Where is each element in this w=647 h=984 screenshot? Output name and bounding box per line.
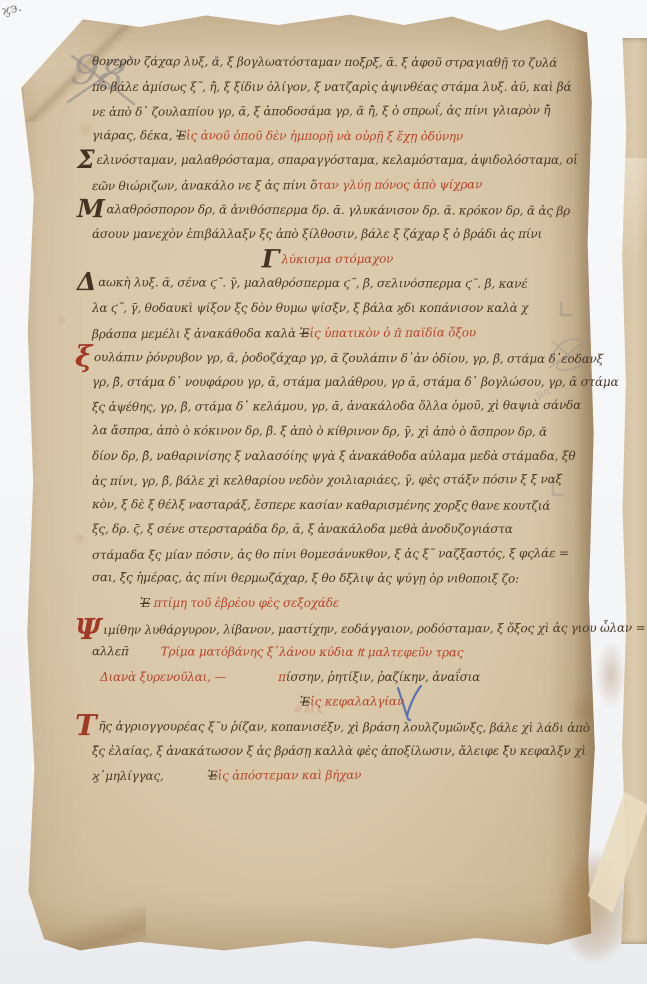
text-run: στάμαδα ξς μίαν πόσιν, ἀς θο πίνι θομεσά… (92, 546, 569, 562)
manuscript-line: Σελινόσταμαν, μαλαθρόσταμα, σπαραγγόσταμ… (92, 148, 578, 173)
text-run: Ἐ (208, 769, 218, 783)
manuscript-line: γρ, β̄, στάμα δ᾽ νουφάρου γρ, ᾱ, στάμα μ… (92, 370, 578, 395)
manuscript-line: ξουλάπιν ῥόνρυβον γρ, ᾱ, ῥοδοζάχαρ γρ, ᾱ… (92, 344, 578, 370)
manuscript-line: αλλεπ̄Τρίμα ματόβάνης ξ᾽λάνου κύδια ₶ μα… (92, 639, 578, 665)
text-run: κὸν, ξ δὲ ξ θέλξ νασταράξ, ἔσπερε κασίαν… (92, 497, 550, 513)
manuscript-line: Ἐ πτίμη τοῦ ἑβρέου φὲς σεξοχάδε (140, 591, 578, 616)
text-run: βράσπα μεμέλι ξ ἀνακάθοδα καλὰ (92, 326, 300, 341)
manuscript-line: Ψιμίθην λυθάργυρον, λίβανον, μαστίχην, ε… (92, 615, 578, 642)
text-run: γιάρας, δέκα, (92, 128, 176, 142)
text-run: ἰς ἀπόστεμαν καὶ βήχαν (218, 768, 362, 783)
text-run: π (278, 670, 286, 684)
facing-page-tear (610, 158, 647, 338)
text-run: ιμίθην λυθάργυρον, λίβανον, μαστίχην, εο… (103, 620, 645, 636)
manuscript-line: ϗ᾽μηλίγγας,Ἐἰς ἀπόστεμαν καὶ βήχαν (92, 762, 578, 789)
text-run: αωκὴ λυξ. ᾱ, σένα ϛ῀. γ̄, μαλαθρόσπερμα … (98, 276, 527, 291)
text-block: θονερὸν ζάχαρ λυξ, ᾱ, ξ βογλωατόσταμαν π… (92, 50, 578, 788)
text-run: ῆς ἀγριογγουρέας ξ῀υ ῥίζαν, κοπανισέξν, … (98, 719, 589, 735)
manuscript-line: εῶν θιώριζων, ἀνακάλο νε ξ ἀς πίνι ὅταν … (92, 172, 578, 199)
text-run: ϗ᾽μηλίγγας, (92, 769, 164, 783)
initial-letter: Γ (262, 244, 280, 273)
text-run: θονερὸν ζάχαρ λυξ, ᾱ, ξ βογλωατόσταμαν π… (92, 54, 557, 70)
manuscript-line: άσουν μανεχὸν ἐπιβάλλαξν ξς ἀπὸ ξίλθοσιν… (92, 222, 578, 247)
manuscript-line: Μαλαθρόσπορον δρ, ᾱ ἀνιθόσπερμα δρ. ᾱ. γ… (92, 197, 578, 223)
manuscript-line: δίον δρ, β̄, ναθαρινίσης ξ ναλασόίης ψγὰ… (92, 444, 578, 469)
text-run: ίσσην, ῥητίξιν, ῥαζίκην, ἀναΐσια (286, 670, 480, 684)
text-run: Ἐ (176, 128, 186, 142)
text-run: ουλάπιν ῥόνρυβον γρ, ᾱ, ῥοδοζάχαρ γρ, ᾱ … (94, 350, 603, 366)
text-run: ελινόσταμαν, μαλαθρόσταμα, σπαραγγόσταμα… (96, 153, 577, 167)
text-run: Ἐ (299, 326, 309, 340)
manuscript-line: Ἐἰς κεφαλαλγίαν (300, 689, 578, 715)
manuscript-line: Τῆς ἀγριογγουρέας ξ῀υ ῥίζαν, κοπανισέξν,… (92, 713, 578, 739)
initial-letter: ξ (75, 339, 92, 373)
manuscript-line: βράσπα μεμέλι ξ ἀνακάθοδα καλὰ Ἐἰς ὑπατι… (92, 319, 578, 346)
manuscript-line: θονερὸν ζάχαρ λυξ, ᾱ, ξ βογλωατόσταμαν π… (92, 49, 578, 75)
text-run: ἀς πίνι, γρ, β̄, βάλε χὶ κελθαρίου νεδὸν… (92, 472, 562, 488)
text-run: γρ, β̄, στάμα δ᾽ νουφάρου γρ, ᾱ, στάμα μ… (92, 375, 618, 389)
manuscript-line: στάμαδα ξς μίαν πόσιν, ἀς θο πίνι θομεσά… (92, 541, 578, 568)
initial-letter: Τ (75, 708, 97, 742)
manuscript-line: λα ἄσπρα, ἀπὸ ὸ κόκινον δρ, β̄. ξ ἀπὸ ὸ … (92, 418, 578, 444)
manuscript-line: λα ϛ῀, γ̄, θοδαυκὶ ψίξον ξς δὸν θυμω ψίσ… (92, 296, 578, 321)
text-run: Διανὰ ξυρενοῦλαι, — (100, 670, 226, 684)
manuscript-line: ξς ἀψέθης, γρ, β̄, στάμα δ᾽ κελάμου, γρ,… (92, 393, 578, 420)
initial-letter: Δ (77, 267, 96, 296)
manuscript-line: νε ἀπὸ δ᾽ ζουλαπίου γρ, ᾱ, ξ ἀποδοσάμα γ… (92, 98, 578, 125)
text-run: Ἐ (140, 596, 150, 610)
text-run: ἰς ἀνοῦ ὁποῦ δὲν ἠμπορῇ νὰ οὐρῇ ξ ἔχῃ ὀδ… (186, 128, 463, 143)
text-run: αλαθρόσπορον δρ, ᾱ ἀνιθόσπερμα δρ. ᾱ. γλ… (106, 202, 570, 218)
text-run: πὸ βάλε ἀμίσως ξ῀, ἡ̈, ξ ξίδιν ὀλίγον, ξ… (92, 80, 571, 94)
manuscript-line: ἀς πίνι, γρ, β̄, βάλε χὶ κελθαρίου νεδὸν… (92, 467, 578, 494)
scan-background: ϗ϶. 98 μα ὁ λί ϛ θονερὸν ζάχαρ λυξ, ᾱ, ξ… (0, 0, 647, 984)
text-run: άσουν μανεχὸν ἐπιβάλλαξν ξς ἀπὸ ξίλθοσιν… (92, 227, 542, 241)
text-run: ταν γλύῃ πόνος ἀπὸ ψίχραν (317, 177, 482, 192)
manuscript-line: κὸν, ξ δὲ ξ θέλξ νασταράξ, ἔσπερε κασίαν… (92, 492, 578, 518)
text-run: ἰς κεφαλαλγίαν (310, 695, 404, 709)
text-run: ἰς ὑπατικὸν ὁ π̄ παϊδία ὄξου (309, 325, 475, 340)
text-run: λα ἄσπρα, ἀπὸ ὸ κόκινον δρ, β̄. ξ ἀπὸ ὸ … (92, 423, 547, 439)
stain (596, 640, 626, 710)
manuscript-line: ξ̄ς ἐλαίας, ξ ἀνακάτωσον ξ ἀς βράσῃ καλλ… (92, 739, 578, 764)
manuscript-line: σαι, ξ̄ς ἡμέρας, ἀς πίνι θερμωζάχαρ, ξ θ… (92, 566, 578, 592)
text-run: σαι, ξ̄ς ἡμέρας, ἀς πίνι θερμωζάχαρ, ξ θ… (92, 571, 519, 586)
corner-note: ϗ϶. (0, 0, 23, 19)
text-run: λύκισμα στόμαχον (281, 251, 393, 265)
text-run: λα ϛ῀, γ̄, θοδαυκὶ ψίξον ξς δὸν θυμω ψίσ… (92, 301, 528, 315)
text-run: πτίμη τοῦ ἑβρέου φὲς σεξοχάδε (150, 596, 339, 610)
initial-letter: Σ (77, 145, 94, 174)
manuscript-line: πὸ βάλε ἀμίσως ξ῀, ἡ̈, ξ ξίδιν ὀλίγον, ξ… (92, 75, 578, 100)
text-run: νε ἀπὸ δ᾽ ζουλαπίου γρ, ᾱ, ξ ἀποδοσάμα γ… (92, 103, 550, 119)
initial-letter: Μ (77, 194, 105, 223)
manuscript-line: ξς, δρ. ϛ̄, ξ σένε στερσταράδα δρ, ᾱ, ξ … (92, 517, 578, 542)
bottom-edge-tear (26, 906, 146, 952)
gutter-shadow (574, 6, 608, 958)
text-run: αλλεπ̄ (92, 644, 129, 658)
text-run: εῶν θιώριζων, ἀνακάλο νε ξ ἀς πίνι (92, 178, 310, 193)
text-run: Τρίμα ματόβάνης ξ᾽λάνου κύδια ₶ μαλτεφεῦ… (161, 645, 464, 660)
text-run: ξ̄ς ἐλαίας, ξ ἀνακάτωσον ξ ἀς βράσῃ καλλ… (92, 744, 586, 758)
manuscript-line: γιάρας, δέκα, Ἐἰς ἀνοῦ ὁποῦ δὲν ἠμπορῇ ν… (92, 123, 578, 149)
text-run: ξς ἀψέθης, γρ, β̄, στάμα δ᾽ κελάμου, γρ,… (92, 398, 581, 414)
manuscript-line: Γλύκισμα στόμαχον (92, 246, 578, 273)
manuscript-line: Διανὰ ξυρενοῦλαι, —πίσσην, ῥητίξιν, ῥαζί… (100, 665, 578, 690)
manuscript-line: Δαωκὴ λυξ. ᾱ, σένα ϛ῀. γ̄, μαλαθρόσπερμα… (92, 270, 578, 296)
text-run: Ἐ (300, 695, 310, 709)
text-run: ξς, δρ. ϛ̄, ξ σένε στερσταράδα δρ, ᾱ, ξ … (92, 522, 513, 536)
text-run: δίον δρ, β̄, ναθαρινίσης ξ ναλασόίης ψγὰ… (92, 449, 575, 463)
